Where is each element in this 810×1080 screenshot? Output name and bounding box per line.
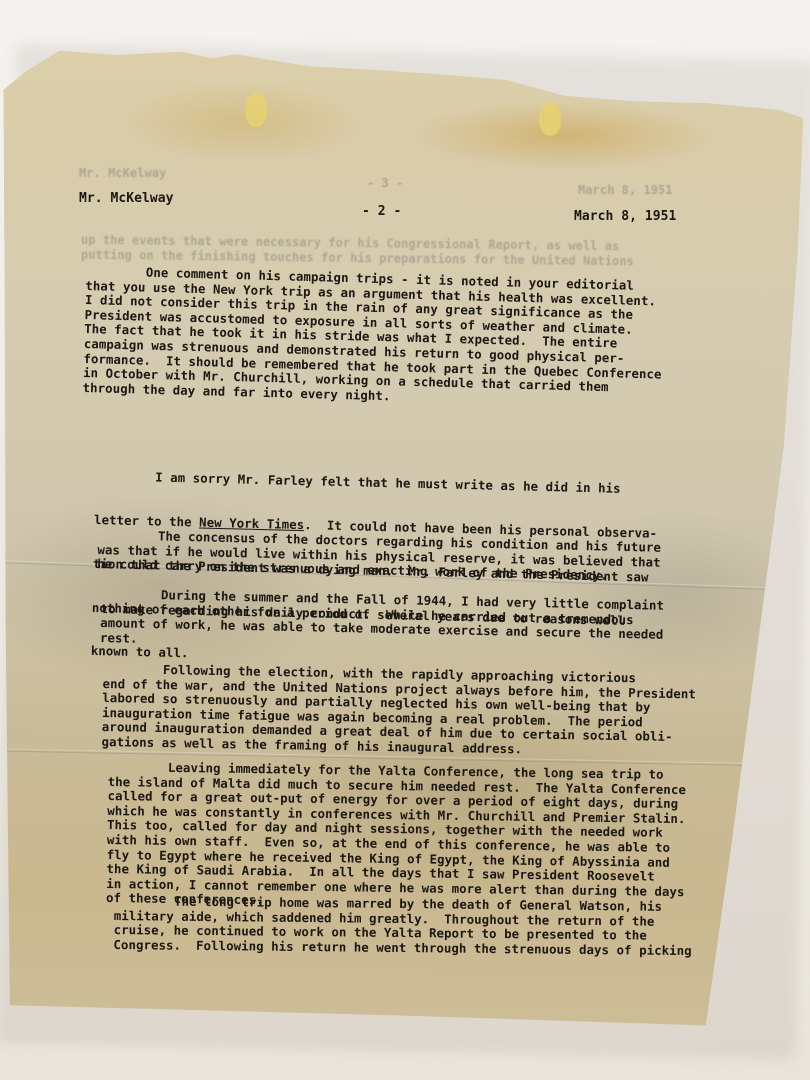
bleed-through-page-marker: - 3 - — [367, 176, 403, 190]
page-marker: - 2 - — [362, 204, 401, 219]
paragraph-line: I am sorry Mr. Farley felt that he must … — [95, 469, 658, 497]
paragraph-campaign-trips: One comment on his campaign trips - it i… — [82, 264, 664, 411]
bleed-through-date: March 8, 1951 — [578, 183, 673, 197]
paragraph-yalta: Leaving immediately for the Yalta Confer… — [106, 760, 686, 914]
letter-text: Mr. McKelway - 3 - March 8, 1951 up the … — [0, 0, 810, 1080]
paragraph-trip-home: The long trip home was marred by the dea… — [113, 894, 692, 958]
bleed-through-recipient: Mr. McKelway — [79, 166, 166, 180]
letter-date: March 8, 1951 — [574, 209, 676, 224]
paragraph-election: Following the election, with the rapidly… — [101, 662, 696, 760]
paragraph-fall-1944: During the summer and the Fall of 1944, … — [100, 587, 664, 657]
recipient: Mr. McKelway — [79, 191, 174, 206]
